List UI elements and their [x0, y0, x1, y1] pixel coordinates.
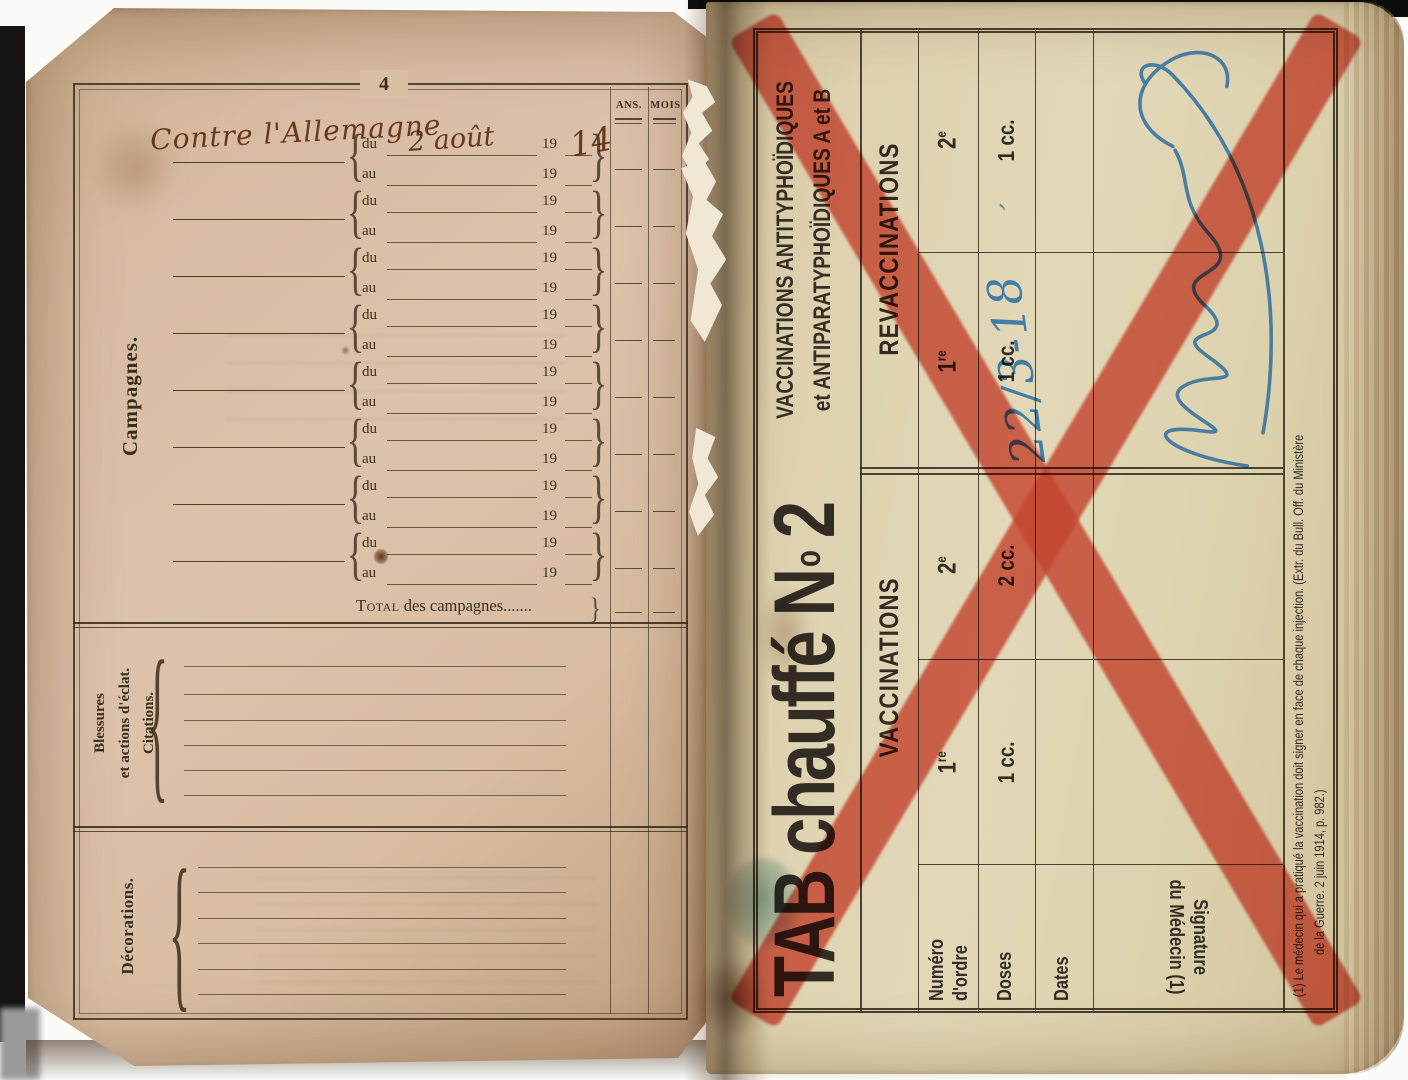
- section-label-decorations: Décorations.: [118, 826, 138, 1026]
- year-prefix: 19: [542, 280, 557, 297]
- campaign-name-line: [173, 333, 345, 334]
- dash-mark: [615, 283, 642, 284]
- du-label: du: [362, 136, 377, 153]
- brace-close: [589, 526, 607, 584]
- section-label-blessures-1: Blessures: [91, 638, 109, 808]
- rule-line: [565, 470, 592, 471]
- brace-close: [589, 412, 607, 470]
- brace-close: [589, 298, 607, 356]
- rule-line: [565, 212, 592, 213]
- year-prefix: 19: [542, 565, 557, 582]
- year-prefix: 19: [542, 307, 557, 324]
- dash-mark: [653, 169, 675, 170]
- section-label-blessures-2: et actions d'éclat.: [116, 623, 134, 823]
- section-brace: {: [147, 637, 169, 811]
- rule-line: [565, 356, 592, 357]
- rule-line: [387, 497, 537, 498]
- section-separator: [73, 826, 688, 832]
- du-label: du: [362, 478, 377, 495]
- page-number: 4: [360, 70, 408, 98]
- rule-line: [387, 413, 537, 414]
- rule-line: [565, 185, 592, 186]
- numero-superscript: o: [790, 552, 826, 567]
- section-brace: {: [169, 846, 191, 1020]
- year-prefix: 19: [542, 337, 557, 354]
- brace-close: [589, 469, 607, 527]
- dash-mark: [615, 226, 642, 227]
- grid-line: [1283, 28, 1285, 1013]
- campaign-name-line: [173, 276, 345, 277]
- dash-mark: [615, 511, 642, 512]
- du-label: du: [362, 250, 377, 267]
- row-label-doses: Doses: [993, 941, 1017, 1001]
- subtitle-line-2: et ANTIPARATYPHOÏDIQUES A et B: [804, 78, 841, 422]
- writing-line: [198, 969, 566, 970]
- brace-close: [589, 355, 607, 413]
- rule-line: [565, 554, 592, 555]
- grid-line: [1035, 28, 1036, 1013]
- col-header-rule: [653, 118, 676, 124]
- rule-line: [387, 356, 537, 357]
- writing-line: [184, 745, 566, 746]
- rule-line: [565, 584, 592, 585]
- year-prefix: 19: [542, 394, 557, 411]
- dash-mark: [653, 612, 675, 613]
- subtitle-line-1: VACCINATIONS ANTITYPHOÏDIQUES: [767, 78, 804, 422]
- du-label: du: [362, 364, 377, 381]
- dash-mark: [653, 283, 675, 284]
- col-header-ans: ANS.: [610, 100, 648, 111]
- year-prefix: 19: [542, 508, 557, 525]
- brace-close: [589, 241, 607, 299]
- footnote: (1) Le médecin qui a pratiqué la vaccina…: [1289, 42, 1331, 997]
- form-subtitle: VACCINATIONS ANTITYPHOÏDIQUES et ANTIPAR…: [767, 35, 841, 465]
- campaign-name-line: [173, 162, 345, 163]
- ordinal-cell: 1re: [918, 253, 978, 470]
- au-label: au: [362, 565, 376, 582]
- rule-line: [565, 497, 592, 498]
- dash-mark: [653, 511, 675, 512]
- ordinal-cell: 1re: [918, 660, 978, 865]
- year-prefix: 19: [542, 166, 557, 183]
- rule-line: [565, 299, 592, 300]
- dash-mark: [615, 612, 642, 613]
- year-prefix: 19: [542, 535, 557, 552]
- rule-line: [565, 383, 592, 384]
- writing-line: [184, 666, 566, 667]
- rule-line: [387, 326, 537, 327]
- writing-line: [198, 867, 566, 868]
- dash-mark: [615, 454, 642, 455]
- dash-mark: [615, 568, 642, 569]
- year-prefix: 19: [542, 250, 557, 267]
- brace-close: [589, 127, 607, 185]
- rule-line: [387, 212, 537, 213]
- col-header-mois: MOIS: [647, 100, 684, 111]
- col-header-rule: [615, 118, 642, 124]
- dose-cell: 2 cc.: [978, 470, 1035, 660]
- ordinal-cell: 2e: [918, 28, 978, 253]
- year-prefix: 19: [542, 421, 557, 438]
- row-label-numero-ordre: Numéro d'ordre: [925, 925, 973, 1001]
- footnote-line-1: (1) Le médecin qui a pratiqué la vaccina…: [1289, 42, 1310, 997]
- writing-line: [198, 943, 566, 944]
- rule-line: [387, 440, 537, 441]
- writing-line: [184, 694, 566, 695]
- year-prefix: 19: [542, 223, 557, 240]
- campaign-name-line: [173, 447, 345, 448]
- rule-line: [387, 269, 537, 270]
- left-page: 4 ANS. MOIS Campagnes. Contre l'Allemagn…: [26, 8, 708, 1070]
- campaign-name-line: [173, 504, 345, 505]
- group-header-vaccinations: VACCINATIONS: [860, 470, 918, 865]
- year-prefix: 19: [542, 136, 557, 153]
- dash-mark: [615, 340, 642, 341]
- military-booklet-scan: 4 ANS. MOIS Campagnes. Contre l'Allemagn…: [0, 0, 1408, 1080]
- scanner-edge-left: [0, 26, 25, 1042]
- rule-line: [387, 185, 537, 186]
- ordinal-cell: 2e: [918, 470, 978, 660]
- rule-line: [387, 584, 537, 585]
- dash-mark: [653, 397, 675, 398]
- writing-line: [184, 720, 566, 721]
- rule-line: [565, 527, 592, 528]
- dash-mark: [653, 340, 675, 341]
- handwritten-date: 2 août: [407, 121, 495, 158]
- writing-line: [184, 795, 566, 796]
- dash-mark: [615, 397, 642, 398]
- rule-line: [565, 413, 592, 414]
- group-header-revaccinations: REVACCINATIONS: [860, 28, 918, 470]
- du-label: du: [362, 193, 377, 210]
- footnote-line-2: de la Guerre. 2 juin 1914, p. 982.): [1310, 42, 1331, 997]
- rule-line: [387, 554, 537, 555]
- brace-close: [589, 184, 607, 242]
- rule-line: [565, 269, 592, 270]
- dash-mark: [653, 226, 675, 227]
- writing-line: [198, 994, 566, 995]
- rule-line: [387, 527, 537, 528]
- dash-mark: [653, 454, 675, 455]
- rule-line: [387, 383, 537, 384]
- rule-line: [387, 470, 537, 471]
- dash-mark: [653, 568, 675, 569]
- writing-line: [198, 892, 566, 893]
- handwritten-doctor-signature: [1069, 22, 1296, 504]
- writing-line: [184, 770, 566, 771]
- campaign-name-line: [173, 561, 345, 562]
- campaign-entry: du 19 au 19: [26, 541, 686, 597]
- dose-cell: 1 cc.: [978, 28, 1035, 253]
- dose-cell: 1 cc.: [978, 660, 1035, 865]
- du-label: du: [362, 421, 377, 438]
- du-label: du: [362, 535, 377, 552]
- row-label-signature-inverted: Signature du Médecin (1): [1097, 867, 1279, 1007]
- row-label-dates: Dates: [1050, 947, 1074, 1001]
- du-label: du: [362, 307, 377, 324]
- vaccination-form: TAB chauffé No2 VACCINATIONS ANTITYPHOÏD…: [753, 28, 1338, 1013]
- year-prefix: 19: [542, 364, 557, 381]
- year-prefix: 19: [542, 193, 557, 210]
- total-label: Total des campagnes.......: [356, 596, 532, 616]
- rule-line: [387, 242, 537, 243]
- year-prefix: 19: [542, 478, 557, 495]
- rule-line: [565, 242, 592, 243]
- dash-mark: [615, 169, 642, 170]
- brace-close: [589, 592, 601, 626]
- year-prefix: 19: [542, 451, 557, 468]
- rule-line: [387, 299, 537, 300]
- campaign-name-line: [173, 390, 345, 391]
- rule-line: [565, 326, 592, 327]
- campaign-name-line: [173, 219, 345, 220]
- rule-line: [565, 440, 592, 441]
- writing-line: [198, 918, 566, 919]
